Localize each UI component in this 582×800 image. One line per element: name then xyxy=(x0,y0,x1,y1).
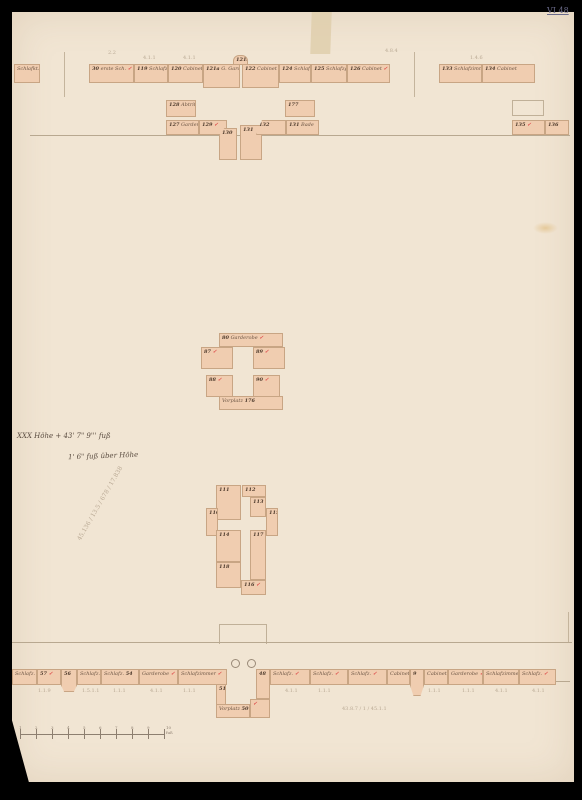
room: Schlafz. ✓ xyxy=(310,669,348,685)
room: 121a G. Garderobe xyxy=(203,64,240,88)
paper-stain xyxy=(533,222,558,234)
room: 111 xyxy=(216,485,241,520)
scale-tick-label: 3 xyxy=(51,725,54,730)
room: ✓ xyxy=(250,699,270,718)
room: Schlafz. ✓ xyxy=(519,669,556,685)
room: 30 erste Sch. ✓ xyxy=(89,64,134,83)
room: 89 ✓ xyxy=(253,347,285,369)
column-circle xyxy=(231,659,240,668)
scale-tick xyxy=(100,729,101,739)
room: Vorplatz 50 xyxy=(216,704,250,718)
scale-tick-label: 5 xyxy=(83,725,86,730)
room: Vorplatz 176 xyxy=(219,396,283,410)
room: Cabinet xyxy=(424,669,448,685)
room: 90 ✓ xyxy=(253,375,280,397)
top-wall-line xyxy=(30,135,570,136)
scale-tick xyxy=(148,729,149,739)
scale-tick-label: 1 xyxy=(19,725,22,730)
elevation-note: XXX Höhe + 43' 7" 9''' fuß xyxy=(17,432,111,440)
dim-label: 4.1.1 xyxy=(143,55,156,61)
scale-tick-label: 8 xyxy=(131,725,134,730)
room: 136 xyxy=(545,120,569,135)
room: Schlafz. ✓ xyxy=(77,669,101,685)
room: 127 Garderobe ✓ xyxy=(166,120,199,135)
projection-outline xyxy=(219,624,267,644)
scale-tick xyxy=(20,729,21,739)
room: 128 Abtritt xyxy=(166,100,196,117)
scale-tick xyxy=(116,729,117,739)
dim-label: 4.8.4 xyxy=(385,48,398,54)
room: 133 Schlafzimmer ✓ xyxy=(439,64,482,83)
column-circle xyxy=(247,659,256,668)
bottom-right-wall xyxy=(556,681,570,682)
dim-label: 4.1.1 xyxy=(285,688,298,694)
scale-tick-label: 4 xyxy=(67,725,70,730)
dim-label: 1.1.1 xyxy=(318,688,331,694)
room: 113 xyxy=(250,497,266,517)
room: Schlafz. 54 xyxy=(101,669,139,685)
room: Garderobe ✓ xyxy=(448,669,483,685)
room: Schlafzimmer ✓ xyxy=(483,669,519,685)
dim-label: 2.2 xyxy=(108,50,116,56)
room: 126 Cabinet ✓ xyxy=(347,64,390,83)
room: 115 xyxy=(266,508,278,536)
scale-bar: 1 2 3 4 5 6 7 8 9 10 fuß xyxy=(20,734,165,735)
dim-label: 4.1.1 xyxy=(183,55,196,61)
top-divider-left xyxy=(64,52,65,97)
top-divider-right xyxy=(414,52,415,97)
scale-tick xyxy=(36,729,37,739)
room: 57 ✓ xyxy=(37,669,61,685)
room: Garderobe ✓ xyxy=(139,669,178,685)
scale-tick-label: 9 xyxy=(147,725,150,730)
room: 177 xyxy=(285,100,315,117)
scale-tick-label: 6 xyxy=(99,725,102,730)
scale-end-label: 10 fuß xyxy=(166,725,173,735)
scale-tick xyxy=(132,729,133,739)
dim-label: 4.1.1 xyxy=(150,688,163,694)
dim-label: 1.1.1 xyxy=(183,688,196,694)
room: 135 ✓ xyxy=(512,120,545,135)
room: 48 xyxy=(256,669,270,699)
room: Schlafzimmer ✓ xyxy=(178,669,227,685)
room: Schlafz. ✓ xyxy=(348,669,387,685)
room: Schlafz. ✓ xyxy=(12,669,37,685)
room: Schlafkt. ✓ xyxy=(14,64,40,83)
room: 120 Cabinet ✓ xyxy=(168,64,203,83)
dim-label: 1.5.1.1 xyxy=(82,688,100,694)
scale-tick xyxy=(52,729,53,739)
room: 117 xyxy=(250,530,266,580)
room: 119 Schlafzimmer xyxy=(134,64,168,83)
bottom-wall-line xyxy=(12,642,572,643)
room: 87 ✓ xyxy=(201,347,233,369)
plate-number: VI 48 xyxy=(547,6,569,15)
dim-label: 4.1.1 xyxy=(532,688,545,694)
empty-room-outline xyxy=(512,100,544,116)
scale-tick xyxy=(84,729,85,739)
scale-tick xyxy=(68,729,69,739)
room: Cabinet xyxy=(387,669,410,685)
scale-tick xyxy=(164,729,165,739)
pencil-calculation: 43.8.7 / 1 / 45.1.1 xyxy=(342,706,387,712)
room: 118 xyxy=(216,562,241,588)
adhesive-tape xyxy=(310,12,331,54)
scale-tick-label: 7 xyxy=(115,725,118,730)
room: 88 ✓ xyxy=(206,375,233,397)
room: 114 xyxy=(216,530,241,562)
room: Schlafz. ✓ xyxy=(270,669,310,685)
dim-label: 4.1.1 xyxy=(495,688,508,694)
room: 122 Cabinet xyxy=(242,64,279,88)
room: 124 Schlafzimmer ✓ xyxy=(279,64,311,83)
room: 116 ✓ xyxy=(241,580,266,595)
dim-label: 1.1.1 xyxy=(113,688,126,694)
dim-label: 1.4.6 xyxy=(470,55,483,61)
room: 80 Garderobe ✓ xyxy=(219,333,283,347)
room: 130 xyxy=(219,128,237,160)
dim-label: 1.1.9 xyxy=(38,688,51,694)
right-wall-line xyxy=(568,612,569,642)
room: 131 Bade xyxy=(286,120,319,135)
room: 56 xyxy=(61,669,77,692)
dim-label: 1.1.1 xyxy=(428,688,441,694)
room: 134 Cabinet xyxy=(482,64,535,83)
dim-label: 1.1.1 xyxy=(462,688,475,694)
scale-tick-label: 2 xyxy=(35,725,38,730)
room: 125 Schlafzg. xyxy=(311,64,347,83)
room: 112 xyxy=(242,485,266,497)
